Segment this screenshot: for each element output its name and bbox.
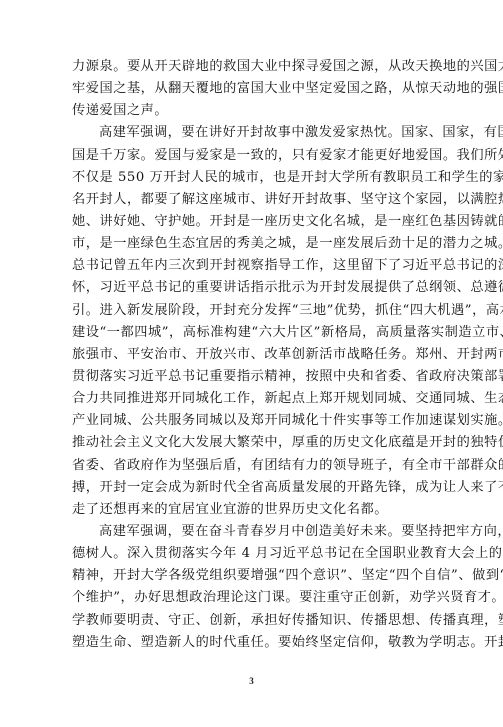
text-line: 学教师要明责、守正、创新，承担好传播知识、传播思想、传播真理，塑造灵魂、	[72, 610, 436, 632]
text-line: 市，是一座绿色生态宜居的秀美之城，是一座发展后劲十足的潜力之城。习近平	[72, 233, 436, 255]
text-line: 国是千万家。爱国与爱家是一致的，只有爱家才能更好地爱国。我们所处的城市，	[72, 145, 436, 167]
text-line: 精神，开封大学各级党组织要增强“四个意识”、坚定“四个自信”、做到“两	[72, 565, 436, 587]
text-line: 德树人。深入贯彻落实今年 4 月习近平总书记在全国职业教育大会上的重要指示	[72, 543, 436, 565]
text-line: 合力共同推进郑开同城化工作，新起点上郑开规划同城、交通同城、生态同城、	[72, 388, 436, 410]
text-line: 搏，开封一定会成为新时代全省高质量发展的开路先锋，成为让人来了不想走、	[72, 477, 436, 499]
text-line: 推动社会主义文化大发展大繁荣中，厚重的历史文化底蕴是开封的独特优势。有	[72, 432, 436, 454]
text-line: 总书记曾五年内三次到开封视察指导工作，这里留下了习近平总书记的深情关	[72, 255, 436, 277]
text-line: 省委、省政府作为坚强后盾，有团结有力的领导班子，有全市干部群众的奋勇拼	[72, 455, 436, 477]
text-line: 贯彻落实习近平总书记重要指示精神，按照中央和省委、省政府决策部署，凝聚	[72, 366, 436, 388]
text-line: 塑造生命、塑造新人的时代重任。要始终坚定信仰，敬教为学明志。开封大学学	[72, 632, 436, 654]
text-line: 个维护”，办好思想政治理论这门课。要注重守正创新，劝学兴贤育才。开封大	[72, 587, 436, 609]
text-line: 产业同城、公共服务同城以及郑开同城化十件实事等工作加速谋划实施。国家在	[72, 410, 436, 432]
text-line: 走了还想再来的宜居宜业宜游的世界历史文化名都。	[72, 499, 436, 521]
text-line: 不仅是 550 万开封人民的城市，也是开封大学所有教职员工和学生的家园。每一	[72, 167, 436, 189]
text-line: 怀，习近平总书记的重要讲话指示批示为开封发展提供了总纲领、总遵循、总指	[72, 277, 436, 299]
paragraph: 高建军强调，要在奋斗青春岁月中创造美好未来。要坚持把牢方向，铸魂立 德树人。深入…	[72, 521, 436, 654]
text-line: 力源泉。要从开天辟地的救国大业中探寻爱国之源，从改天换地的兴国大业中筑	[72, 56, 436, 78]
text-line: 高建军强调，要在奋斗青春岁月中创造美好未来。要坚持把牢方向，铸魂立	[72, 521, 436, 543]
paragraph: 高建军强调，要在讲好开封故事中激发爱家热忱。国家、国家，有国才有家， 国是千万家…	[72, 122, 436, 521]
document-page: 力源泉。要从开天辟地的救国大业中探寻爱国之源，从改天换地的兴国大业中筑 牢爱国之…	[0, 0, 503, 727]
text-line: 引。进入新发展阶段，开封充分发挥“三地”优势，抓住“四大机遇”，高水平	[72, 300, 436, 322]
text-line: 名开封人，都要了解这座城市、讲好开封故事、坚守这个家园，以满腔热忱读懂	[72, 189, 436, 211]
text-line: 建设“一都四城”，高标准构建“六大片区”新格局，高质量落实制造立市、文	[72, 322, 436, 344]
text-line: 旅强市、平安治市、开放兴市、改革创新活市战略任务。郑州、开封两市正深入	[72, 344, 436, 366]
paragraph: 力源泉。要从开天辟地的救国大业中探寻爱国之源，从改天换地的兴国大业中筑 牢爱国之…	[72, 56, 436, 122]
text-line: 她、讲好她、守护她。开封是一座历史文化名城，是一座红色基因铸就的英雄城	[72, 211, 436, 233]
text-line: 高建军强调，要在讲好开封故事中激发爱家热忱。国家、国家，有国才有家，	[72, 122, 436, 144]
page-number: 3	[0, 676, 503, 686]
text-line: 牢爱国之基，从翻天覆地的富国大业中坚定爱国之路，从惊天动地的强国大业中	[72, 78, 436, 100]
document-body: 力源泉。要从开天辟地的救国大业中探寻爱国之源，从改天换地的兴国大业中筑 牢爱国之…	[72, 56, 436, 654]
text-line: 传递爱国之声。	[72, 100, 436, 122]
